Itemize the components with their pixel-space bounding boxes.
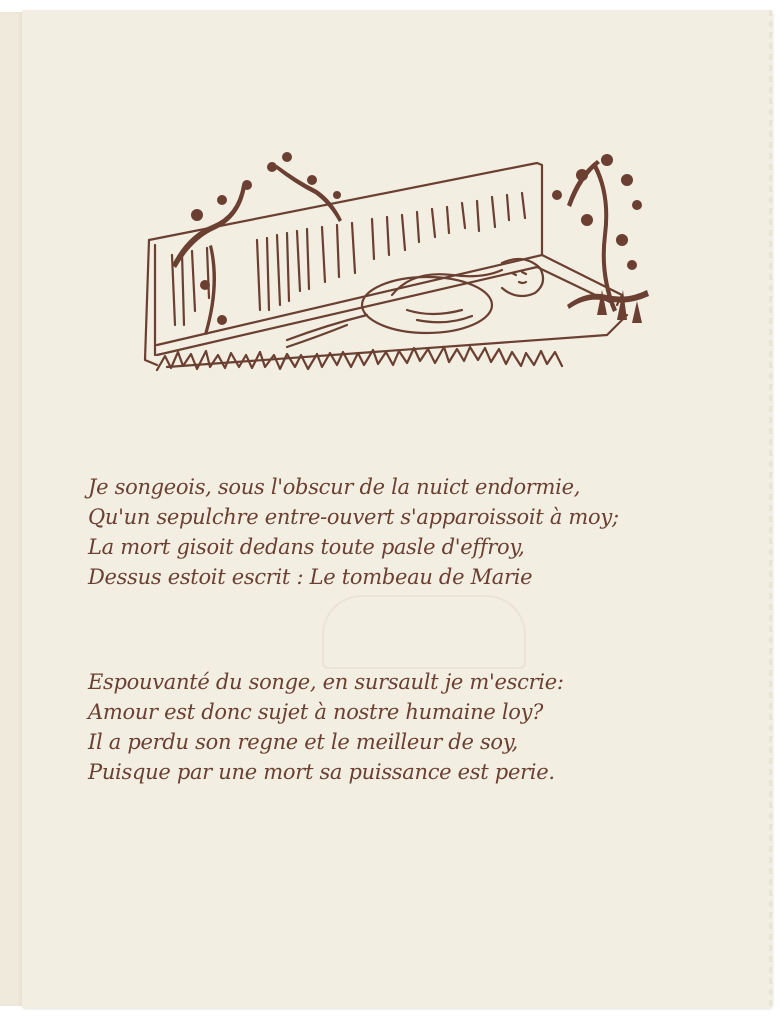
verse-line: La mort gisoit dedans toute pasle d'effr… (88, 532, 728, 562)
verse-line: Dessus estoit escrit : Le tombeau de Mar… (88, 562, 728, 592)
woodcut-tomb-illustration (127, 145, 652, 377)
verse-line: Il a perdu son regne et le meilleur de s… (88, 727, 728, 757)
poem-stanza-1: Je songeois, sous l'obscur de la nuict e… (88, 472, 728, 592)
verse-line: Qu'un sepulchre entre-ouvert s'apparoiss… (88, 502, 728, 532)
poem-stanza-2: Espouvanté du songe, en sursault je m'es… (88, 667, 728, 787)
verse-line: Amour est donc sujet à nostre humaine lo… (88, 697, 728, 727)
verse-line: Puisque par une mort sa puissance est pe… (88, 757, 728, 787)
tomb-illustration-icon (127, 145, 652, 377)
verse-line: Je songeois, sous l'obscur de la nuict e… (88, 472, 728, 502)
previous-page-edge (0, 12, 23, 1006)
book-page: Je songeois, sous l'obscur de la nuict e… (22, 10, 772, 1008)
verse-line: Espouvanté du songe, en sursault je m'es… (88, 667, 728, 697)
show-through-mark (322, 595, 526, 669)
